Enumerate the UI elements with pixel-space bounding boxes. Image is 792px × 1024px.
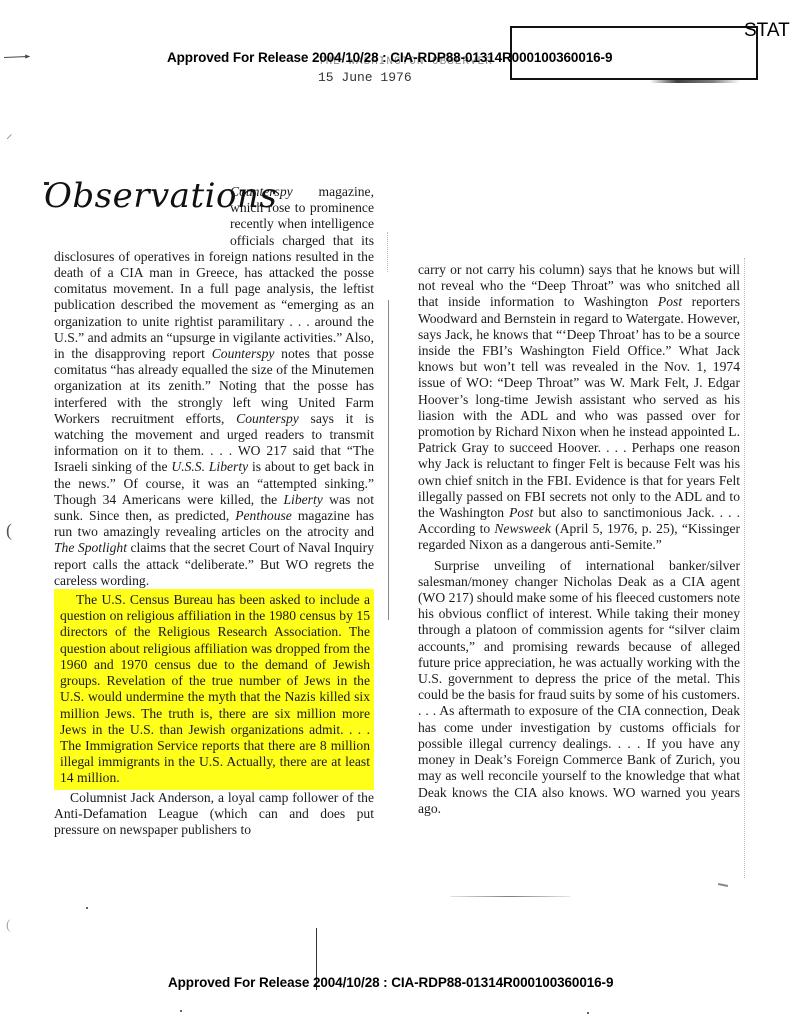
masthead-title: Observations (44, 188, 277, 204)
margin-paren-mark: ( (6, 520, 12, 541)
scan-rule (450, 896, 570, 897)
column-rule (388, 300, 389, 620)
publication-name: Newsweek (494, 521, 551, 536)
end-mark (718, 883, 728, 887)
highlighted-census-paragraph: The U.S. Census Bureau has been asked to… (54, 589, 374, 789)
handwritten-arrow-icon (4, 54, 30, 60)
publication-name: Post (658, 294, 682, 309)
publication-name: Counterspy (212, 346, 275, 361)
column-rule (387, 232, 388, 272)
scan-speck (587, 1012, 589, 1014)
ship-name: Liberty (284, 492, 323, 507)
article-column-left: Observations Counterspy magazine, which … (54, 184, 374, 838)
scan-speck (180, 1010, 182, 1012)
ship-name: U.S.S. Liberty (171, 459, 248, 474)
margin-mark: ⸝ (6, 124, 13, 142)
issue-date: 15 June 1976 (318, 70, 412, 85)
article-column-right: carry or not carry his column) says that… (418, 262, 740, 817)
counterspy-paragraph: Counterspy magazine, which rose to promi… (54, 184, 374, 589)
anderson-paragraph-continued: carry or not carry his column) says that… (418, 262, 740, 554)
release-stamp-bottom: Approved For Release 2004/10/28 : CIA-RD… (168, 975, 613, 990)
paragraph-text: reporters Woodward and Bernstein in rega… (418, 294, 740, 520)
release-stamp-top: Approved For Release 2004/10/28 : CIA-RD… (167, 50, 612, 65)
publication-name: Counterspy (236, 411, 299, 426)
stat-label: STAT (744, 20, 790, 42)
masthead: Observations (54, 184, 224, 234)
publication-name: Post (509, 505, 533, 520)
publication-name: Penthouse (235, 508, 292, 523)
deak-paragraph: Surprise unveiling of international bank… (418, 558, 740, 817)
anderson-paragraph-start: Columnist Jack Anderson, a loyal camp fo… (54, 790, 374, 839)
margin-mark: ( (6, 918, 11, 934)
scan-speck (86, 907, 88, 909)
publication-name: The Spotlight (54, 540, 127, 555)
column-rule (744, 258, 745, 878)
